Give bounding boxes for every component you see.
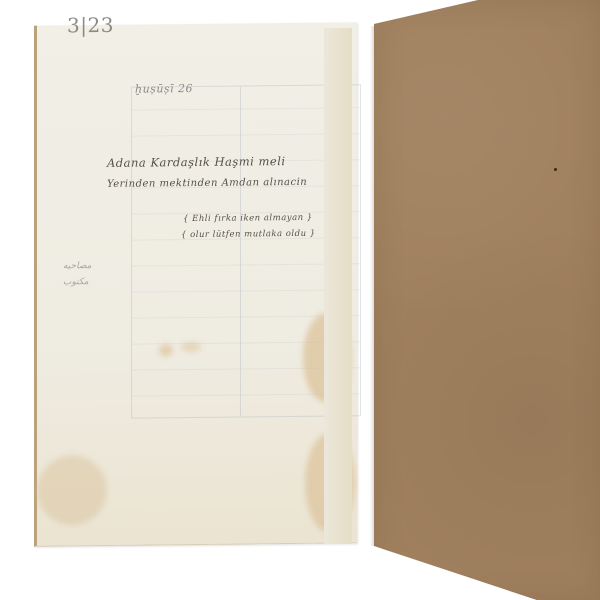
water-stain bbox=[37, 455, 107, 526]
bracketed-line-1: { Ehli fırka iken almayan } bbox=[183, 213, 313, 224]
catalog-number: 3|23 bbox=[67, 13, 114, 37]
page-edge-strip bbox=[324, 28, 352, 544]
cover-blemish bbox=[554, 168, 557, 171]
manuscript-page: 3|23 ḫuṣūṣī 26 Adana Kardaşlık Haşmi mel… bbox=[34, 22, 357, 546]
title-line-2: Yerinden mektinden Amdan alınacin bbox=[107, 177, 307, 190]
photo-scene: 3|23 ḫuṣūṣī 26 Adana Kardaşlık Haşmi mel… bbox=[0, 0, 600, 600]
pencil-note: ḫuṣūṣī 26 bbox=[135, 82, 193, 96]
cover-texture bbox=[374, 0, 600, 600]
brown-cardboard-cover bbox=[374, 0, 600, 600]
margin-note-line-1: مصاحبه bbox=[63, 261, 91, 271]
margin-note-line-2: مکتوب bbox=[63, 277, 89, 287]
bracketed-line-2: { olur lütfen mutlaka oldu } bbox=[181, 229, 316, 240]
grid-column-divider bbox=[240, 87, 241, 417]
water-stain bbox=[159, 344, 173, 356]
title-line-1: Adana Kardaşlık Haşmi meli bbox=[107, 154, 286, 170]
